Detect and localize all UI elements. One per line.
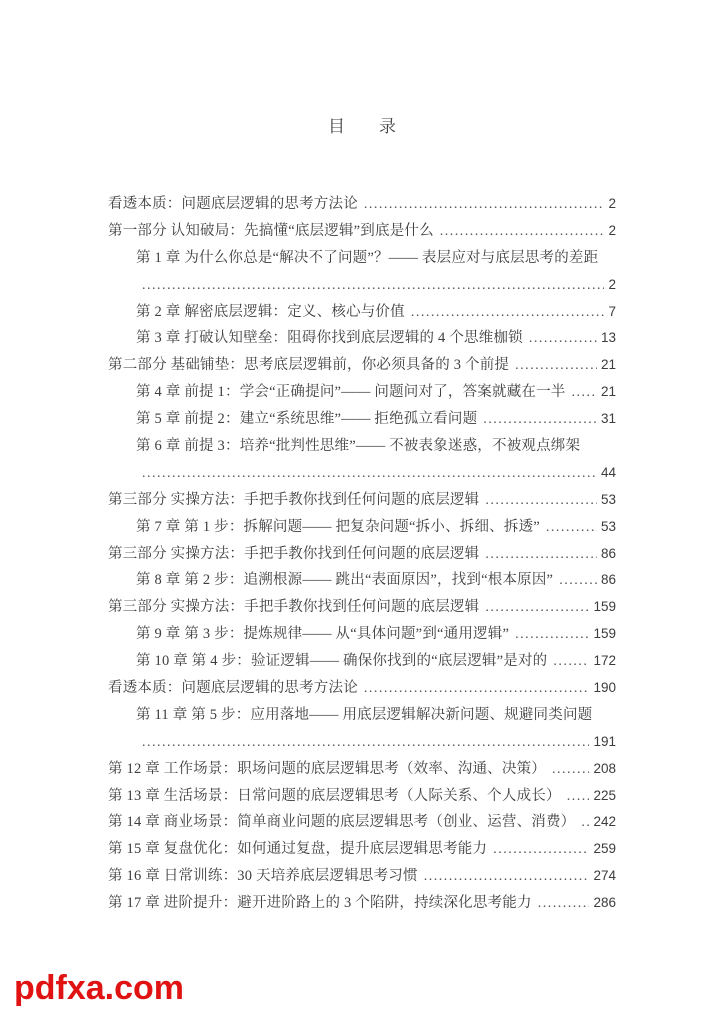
toc-entry: 第 3 章 打破认知壁垒：阻碍你找到底层逻辑的 4 个思维枷锁 13 (108, 325, 616, 352)
dotted-leader (142, 460, 597, 488)
toc-entry-text: 第二部分 基础铺垫：思考底层逻辑前，你必须具备的 3 个前提 (108, 352, 509, 379)
toc-entry: 第 11 章 第 5 步：应用落地—— 用底层逻辑解决新问题、规避同类问题 (108, 702, 616, 729)
toc-page-number: 7 (608, 299, 616, 326)
dotted-leader (485, 541, 597, 569)
dotted-leader (483, 406, 597, 434)
dotted-leader (424, 863, 590, 891)
dotted-leader (572, 379, 597, 407)
dotted-leader (553, 648, 589, 676)
toc-page-number: 274 (593, 863, 616, 890)
toc-entry-text: 第 4 章 前提 1：学会“正确提问”—— 问题问对了，答案就藏在一半 (136, 379, 566, 406)
toc-page-number: 286 (593, 890, 616, 917)
toc-entry-text: 第三部分 实操方法：手把手教你找到任何问题的底层逻辑 (108, 541, 479, 568)
toc-page-number: 159 (593, 621, 616, 648)
dotted-leader (581, 809, 589, 837)
toc-entry: 2 (108, 272, 616, 299)
dotted-leader (493, 836, 589, 864)
toc-entry: 第 13 章 生活场景：日常问题的底层逻辑思考（人际关系、个人成长） 225 (108, 783, 616, 810)
toc-entry: 第三部分 实操方法：手把手教你找到任何问题的底层逻辑 53 (108, 487, 616, 514)
document-page: 目 录 看透本质：问题底层逻辑的思考方法论 2 第一部分 认知破局：先搞懂“底层… (0, 0, 724, 1024)
toc-page-number: 159 (593, 594, 616, 621)
toc-page-number: 13 (601, 325, 616, 352)
toc-entry-text: 第一部分 认知破局：先搞懂“底层逻辑”到底是什么 (108, 218, 434, 245)
toc-list: 看透本质：问题底层逻辑的思考方法论 2 第一部分 认知破局：先搞懂“底层逻辑”到… (108, 191, 616, 917)
toc-entry: 看透本质：问题底层逻辑的思考方法论 2 (108, 191, 616, 218)
toc-entry: 第 6 章 前提 3：培养“批判性思维”—— 不被表象迷惑，不被观点绑架 (108, 433, 616, 460)
dotted-leader (364, 191, 605, 219)
toc-page-number: 86 (601, 541, 616, 568)
toc-page-number: 53 (601, 514, 616, 541)
toc-page-number: 191 (593, 729, 616, 756)
toc-entry: 第 12 章 工作场景：职场问题的底层逻辑思考（效率、沟通、决策） 208 (108, 756, 616, 783)
dotted-leader (485, 487, 597, 515)
toc-entry-text: 第 17 章 进阶提升：避开进阶路上的 3 个陷阱，持续深化思考能力 (108, 890, 532, 917)
toc-entry-text: 第 5 章 前提 2：建立“系统思维”—— 拒绝孤立看问题 (136, 406, 477, 433)
toc-entry: 第 14 章 商业场景：简单商业问题的底层逻辑思考（创业、运营、消费） 242 (108, 809, 616, 836)
toc-entry: 第 9 章 第 3 步：提炼规律—— 从“具体问题”到“通用逻辑” 159 (108, 621, 616, 648)
toc-page-number: 172 (593, 648, 616, 675)
dotted-leader (440, 218, 605, 246)
toc-page-number: 190 (593, 675, 616, 702)
toc-page-number: 259 (593, 836, 616, 863)
toc-page-number: 2 (608, 191, 616, 218)
toc-entry-text: 第 11 章 第 5 步：应用落地—— 用底层逻辑解决新问题、规避同类问题 (136, 702, 592, 729)
toc-entry-text: 第 2 章 解密底层逻辑：定义、核心与价值 (136, 299, 405, 326)
watermark: pdfxa.com (14, 968, 184, 1008)
toc-entry-text: 看透本质：问题底层逻辑的思考方法论 (108, 191, 358, 218)
toc-entry-text: 第三部分 实操方法：手把手教你找到任何问题的底层逻辑 (108, 594, 479, 621)
toc-entry: 191 (108, 729, 616, 756)
dotted-leader (142, 729, 589, 757)
toc-page-number: 86 (601, 567, 616, 594)
dotted-leader (411, 299, 605, 327)
toc-page-number: 2 (608, 272, 616, 299)
toc-entry-text: 第 14 章 商业场景：简单商业问题的底层逻辑思考（创业、运营、消费） (108, 809, 575, 836)
page-title: 目 录 (108, 112, 616, 137)
dotted-leader (515, 352, 597, 380)
toc-entry-text: 第 7 章 第 1 步：拆解问题—— 把复杂问题“拆小、拆细、拆透” (136, 514, 540, 541)
toc-page-number: 44 (601, 460, 616, 487)
dotted-leader (515, 621, 589, 649)
toc-entry-text: 第 3 章 打破认知壁垒：阻碍你找到底层逻辑的 4 个思维枷锁 (136, 325, 523, 352)
toc-entry-text: 第 6 章 前提 3：培养“批判性思维”—— 不被表象迷惑，不被观点绑架 (136, 433, 580, 460)
dotted-leader (567, 783, 590, 811)
toc-page-number: 31 (601, 406, 616, 433)
toc-entry: 第三部分 实操方法：手把手教你找到任何问题的底层逻辑 86 (108, 541, 616, 568)
toc-entry-text: 第 8 章 第 2 步：追溯根源—— 跳出“表面原因”，找到“根本原因” (136, 567, 553, 594)
toc-entry: 第 1 章 为什么你总是“解决不了问题”？—— 表层应对与底层思考的差距 (108, 245, 616, 272)
toc-entry: 第 15 章 复盘优化：如何通过复盘，提升底层逻辑思考能力 259 (108, 836, 616, 863)
toc-entry: 第 7 章 第 1 步：拆解问题—— 把复杂问题“拆小、拆细、拆透” 53 (108, 514, 616, 541)
dotted-leader (552, 756, 589, 784)
toc-entry: 第二部分 基础铺垫：思考底层逻辑前，你必须具备的 3 个前提 21 (108, 352, 616, 379)
dotted-leader (559, 567, 597, 595)
toc-entry-text: 第 16 章 日常训练：30 天培养底层逻辑思考习惯 (108, 863, 418, 890)
dotted-leader (485, 594, 589, 622)
toc-page-number: 208 (593, 756, 616, 783)
toc-entry-text: 第 9 章 第 3 步：提炼规律—— 从“具体问题”到“通用逻辑” (136, 621, 509, 648)
dotted-leader (142, 272, 604, 300)
toc-page-number: 225 (593, 783, 616, 810)
dotted-leader (364, 675, 590, 703)
toc-page-number: 53 (601, 487, 616, 514)
toc-page-number: 21 (601, 379, 616, 406)
toc-page-number: 21 (601, 352, 616, 379)
toc-entry: 第 8 章 第 2 步：追溯根源—— 跳出“表面原因”，找到“根本原因” 86 (108, 567, 616, 594)
toc-entry: 第三部分 实操方法：手把手教你找到任何问题的底层逻辑 159 (108, 594, 616, 621)
toc-entry: 第 17 章 进阶提升：避开进阶路上的 3 个陷阱，持续深化思考能力 286 (108, 890, 616, 917)
toc-entry: 第 4 章 前提 1：学会“正确提问”—— 问题问对了，答案就藏在一半 21 (108, 379, 616, 406)
toc-entry-text: 第三部分 实操方法：手把手教你找到任何问题的底层逻辑 (108, 487, 479, 514)
toc-entry: 看透本质：问题底层逻辑的思考方法论 190 (108, 675, 616, 702)
toc-page-number: 242 (593, 809, 616, 836)
dotted-leader (546, 514, 597, 542)
toc-entry-text: 第 10 章 第 4 步：验证逻辑—— 确保你找到的“底层逻辑”是对的 (136, 648, 547, 675)
toc-entry-text: 第 13 章 生活场景：日常问题的底层逻辑思考（人际关系、个人成长） (108, 783, 561, 810)
toc-entry: 第 2 章 解密底层逻辑：定义、核心与价值 7 (108, 299, 616, 326)
toc-entry-text: 第 12 章 工作场景：职场问题的底层逻辑思考（效率、沟通、决策） (108, 756, 546, 783)
toc-entry-text: 第 15 章 复盘优化：如何通过复盘，提升底层逻辑思考能力 (108, 836, 487, 863)
dotted-leader (529, 325, 597, 353)
toc-entry: 第 5 章 前提 2：建立“系统思维”—— 拒绝孤立看问题 31 (108, 406, 616, 433)
toc-entry-text: 第 1 章 为什么你总是“解决不了问题”？—— 表层应对与底层思考的差距 (136, 245, 598, 272)
toc-page-number: 2 (608, 218, 616, 245)
toc-entry: 44 (108, 460, 616, 487)
dotted-leader (538, 890, 590, 918)
toc-entry: 第 16 章 日常训练：30 天培养底层逻辑思考习惯 274 (108, 863, 616, 890)
toc-entry: 第一部分 认知破局：先搞懂“底层逻辑”到底是什么 2 (108, 218, 616, 245)
toc-entry-text: 看透本质：问题底层逻辑的思考方法论 (108, 675, 358, 702)
toc-entry: 第 10 章 第 4 步：验证逻辑—— 确保你找到的“底层逻辑”是对的 172 (108, 648, 616, 675)
